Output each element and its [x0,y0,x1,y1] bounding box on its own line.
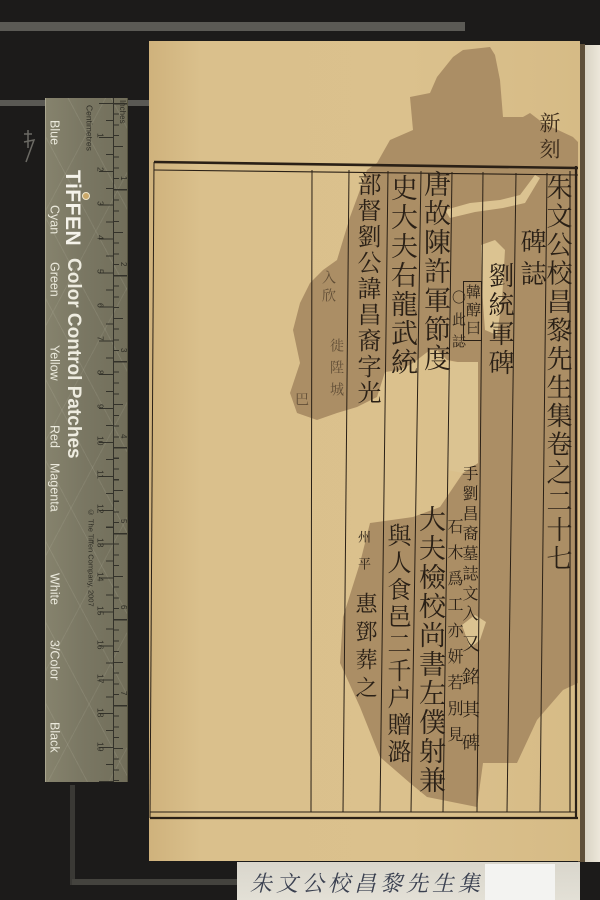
text-column-lower-2: 與人食邑二千户贈潞 [385,523,409,766]
cm-number: 2 [96,167,105,172]
adjacent-leaf [585,45,600,862]
cm-number: 6 [96,303,105,308]
patch-label-white: White [48,573,61,605]
cm-number: 8 [96,370,105,375]
patch-label-3color: 3/Color [48,640,61,680]
label-slip-white-tab [485,864,555,900]
category-heading: 碑誌 [518,228,544,292]
text-column-upper-1: 唐故陳許軍節度 [421,170,448,373]
inch-number: 7 [119,691,127,695]
inch-number: 1 [119,176,127,180]
volume-title-column: 朱文公校昌黎先生集卷之二十七 [544,174,570,573]
margin-note-handwritten: 新刻 [538,112,559,164]
cm-number: 1 [96,133,105,138]
inch-number: 4 [119,434,127,438]
cm-number: 17 [96,674,105,683]
patch-label-red: Red [48,425,61,448]
text-column-lower-3: 惠鄧葬之 [353,592,375,704]
cm-number: 15 [96,606,105,615]
cm-number: 13 [96,538,105,547]
text-column-upper-2: 史大夫右龍武統 [388,174,415,377]
cm-number: 7 [96,336,105,341]
inch-number: 3 [119,348,127,352]
cm-number: 3 [96,201,105,206]
piece-title: 劉統軍碑 [486,262,512,378]
cm-number: 16 [96,640,105,649]
book-page [149,41,580,861]
backdrop-strip-bottom-vertical [70,785,75,885]
ruler-inch-major-ticks [114,103,127,782]
cm-number: 19 [96,742,105,751]
ruler-copyright: © The Tiffen Company, 2007 [87,508,95,607]
cm-number: 11 [96,470,105,479]
cm-number: 14 [96,572,105,581]
inch-number: 6 [119,605,127,609]
cm-number: 10 [96,436,105,445]
cm-number: 4 [96,235,105,240]
patch-label-black: Black [48,722,61,753]
cm-number: 12 [96,504,105,513]
text-column-lower-1: 大夫檢校尚書左僕射兼 [416,505,443,795]
tiffen-brand-logo: TiFFEN [62,170,83,246]
inch-number: 2 [119,262,127,266]
faint-text-fragment: 巴 [294,392,308,406]
patch-label-green: Green [48,262,61,297]
patch-label-cyan: Cyan [48,205,61,234]
ruler-product-title: Color Control Patches [64,258,83,459]
cm-number: 9 [96,404,105,409]
cm-number: 5 [96,269,105,274]
cm-number: 18 [96,708,105,717]
faint-text-fragment: 入欣 [321,270,335,306]
small-note: 州平 [356,530,369,584]
patch-label-yellow: Yellow [48,345,61,381]
ruler-unit-cm: Centimetres [85,105,94,151]
chalk-mark-icon [18,128,40,164]
patch-label-magenta: Magenta [48,463,61,512]
boxed-annotation-stamp: 韓醇曰 [463,281,482,341]
annotation-left-subcolumn: 石木爲工亦妍若別見 [446,518,462,752]
backdrop-strip-left [0,100,45,106]
backdrop-strip-mid [128,100,150,106]
text-column-upper-3: 部督劉公諱昌裔字光 [355,172,379,406]
faint-text-fragment: 徙陞城 [329,338,343,404]
backdrop-strip-top [0,22,465,31]
label-slip-handwriting: 朱文公校昌黎先生集 [250,867,484,898]
ruler-unit-inch: Inches [118,100,126,124]
color-control-ruler: Centimetres Inches TiFFEN Color Control … [45,98,128,782]
tiffen-logo-dot-icon [82,192,90,200]
backdrop-strip-bottom-horizontal [72,879,237,885]
inch-number: 5 [119,519,127,523]
patch-label-blue: Blue [48,120,61,145]
